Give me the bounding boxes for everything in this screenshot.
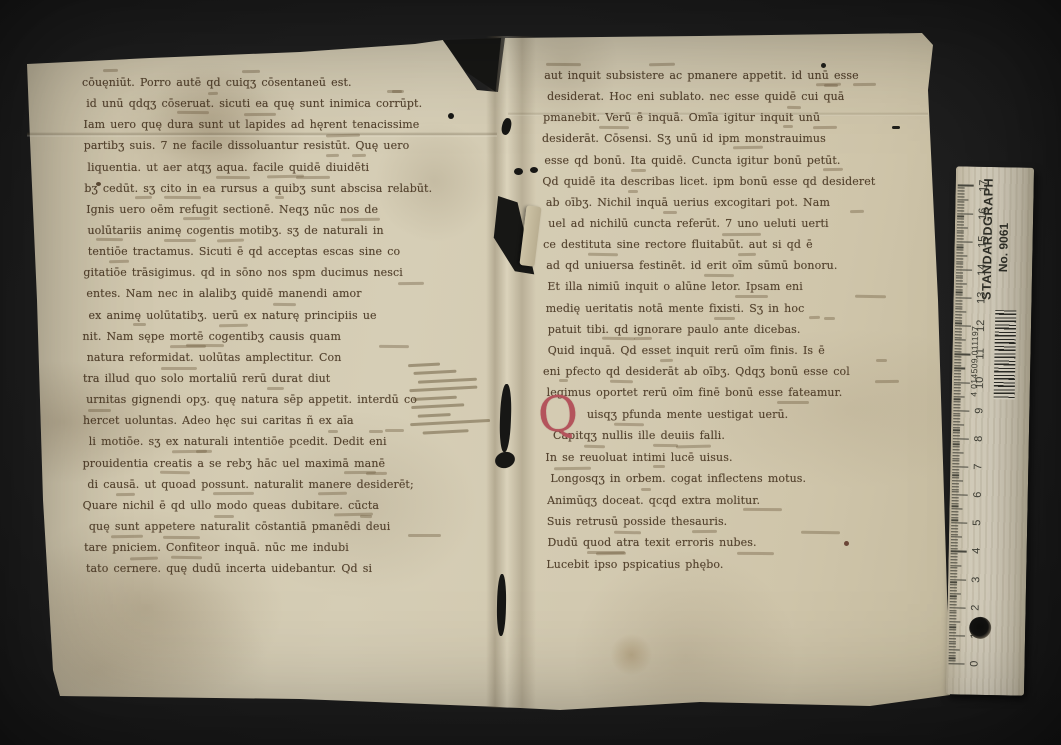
interlinear-gloss [103,69,118,73]
ruler-tick [957,202,964,203]
ruler-tick [956,292,963,293]
manuscript-text-line: hercet uoluntas. Adeo hęc sui caritas ñ … [83,414,465,435]
ruler-tick [949,658,956,659]
ruler-tick [952,477,959,478]
interlinear-gloss [714,316,735,319]
ruler-tick [954,370,961,371]
ruler-tick [953,404,960,405]
manuscript-text-line: Quare nichil ē qd ullo modo queas dubita… [83,499,465,520]
ruler-barcode [994,310,1017,399]
interlinear-gloss [326,154,339,157]
manuscript-text-line: ad qd uniuersa festinēt. id erit oīm sūm… [546,259,917,280]
marginal-gloss-line [409,386,477,393]
manuscript-text-line: pmanebit. Verū ē inquā. Omīa igitur inqu… [543,111,917,132]
marginal-gloss-line [410,419,490,426]
fold-hole-dot [514,168,523,175]
ruler-tick [958,188,965,189]
ruler-tick [950,607,966,608]
ruler-tick [952,503,959,504]
ruler-tick [951,548,958,549]
manuscript-text-line: ab oībʒ. Nichil inquā uerius excogitari … [546,196,917,217]
marginal-gloss-line [413,395,457,400]
marginal-gloss-line [408,362,440,367]
manuscript-text-line: aut inquit subsistere ac pmanere appetit… [544,69,917,90]
ruler-tick [949,652,956,653]
ruler-tick [953,407,960,408]
ruler-tick [957,199,968,200]
interlinear-gloss [408,534,441,537]
interlinear-gloss [217,238,244,242]
marginal-gloss-cluster [406,354,497,448]
manuscript-photo: cōuęniūt. Porro autē qd cuiqʒ cōsentaneū… [0,0,1061,745]
fold-hole-dot [530,167,538,173]
interlinear-gloss [631,169,646,172]
interlinear-gloss [722,233,761,236]
ruler-tick [953,416,960,417]
ruler-tick [954,379,961,380]
wormhole [821,63,826,68]
interlinear-gloss [170,344,206,348]
interlinear-gloss [273,303,296,307]
ruler-tick [949,629,956,630]
ruler-tick [950,573,957,574]
ruler-tick [950,565,961,566]
interlinear-gloss [366,472,387,475]
ruler-tick [950,601,957,602]
ruler-cm-number: 9 [971,401,987,419]
marginal-gloss-line [411,403,464,409]
ruler-tick [952,483,959,484]
ruler-tick [953,441,960,442]
ruler-tick [949,615,956,616]
ruler-tick [954,373,961,374]
ruler-tick [949,627,956,628]
ruler-tick [955,317,962,318]
ruler-tick [956,269,972,270]
manuscript-text-line: Et illa nimiū inquit o alūne letor. Ipsa… [547,280,917,301]
manuscript-text-line: legimus oportet rerū oīm finē bonū esse … [547,386,917,407]
ruler-tick [953,455,960,456]
ruler-tick [954,354,970,355]
ruler-tick [954,368,965,369]
marginal-gloss-line [413,370,456,375]
ruler-tick [949,660,956,661]
ruler-tick [950,610,957,611]
ruler-tick [955,340,966,341]
interlinear-gloss [546,63,581,66]
interlinear-gloss [559,379,568,382]
ruler-tick [956,258,963,259]
ruler-tick [953,438,969,439]
ruler-tick [955,311,966,312]
ruler-tick [956,266,963,267]
ruler-tick [950,568,957,569]
manuscript-text-line: quę sunt appetere naturalit cōstantiā pm… [89,520,465,541]
right-prose-column: aut inquit subsistere ac pmanere appetit… [545,69,917,407]
ruler-tick [949,624,956,625]
ruler-tick [951,539,958,540]
ruler-tick [957,224,964,225]
ruler-tick [952,500,959,501]
interlinear-gloss [588,253,618,257]
ruler-tick [952,472,959,473]
ruler-tick [955,320,962,321]
ruler-tick [949,635,965,636]
interlinear-gloss [653,465,665,468]
ruler-tick [957,207,964,208]
interlinear-gloss [369,430,383,433]
ruler-tick [952,497,959,498]
left-text-column: cōuęniūt. Porro autē qd cuiqʒ cōsentaneū… [85,76,465,583]
ruler-tick [955,328,962,329]
ruler-tick [956,286,963,287]
manuscript-text-line: Ignis uero oēm refugit sectionē. Neqʒ nū… [86,203,465,224]
interlinear-gloss [676,444,711,448]
manuscript-text-line: eni pfecto qd desiderāt ab oībʒ. Qdqʒ bo… [543,365,917,386]
manuscript-text-line: Longosqʒ in orbem. cogat inflectens motu… [550,472,887,493]
ruler-tick [953,444,960,445]
interlinear-gloss [653,444,678,448]
manuscript-text-line: tato cernere. quę dudū incerta uidebantu… [86,562,465,583]
interlinear-gloss [777,401,809,404]
ruler-tick [954,401,961,402]
interlinear-gloss [813,125,837,129]
interlinear-gloss [296,175,330,179]
manuscript-text-line: liquentia. ut aer atqʒ aqua. facile quid… [87,161,465,182]
ruler-tick [952,475,959,476]
ruler-cm-number: 7 [970,458,986,476]
interlinear-gloss [801,530,840,534]
interlinear-gloss [219,323,248,327]
interlinear-gloss [111,534,143,538]
interlinear-gloss [160,471,190,475]
ruler-tick [955,348,962,349]
ruler-tick [951,514,958,515]
manuscript-text-line: tentiōe tractamus. Sicuti ē qd acceptas … [88,245,465,266]
ruler-tick [950,587,957,588]
ruler-tick [957,241,973,242]
manuscript-text-line: uisqʒ pfunda mente uestigat uerū. [587,408,887,429]
manuscript-text-line: partibʒ suis. 7 ne facile dissoluantur r… [84,139,465,160]
ruler-tick [954,362,961,363]
ruler-tick [956,255,967,256]
interlinear-gloss [267,387,284,390]
ruler-cm-number: 5 [969,514,985,532]
ruler-tick-marks [956,166,1034,167]
interlinear-gloss [326,133,360,137]
ruler-tick [954,385,961,386]
ruler-tick [957,238,964,239]
ruler-tick [950,596,957,597]
interlinear-gloss [596,552,626,556]
interlinear-gloss [809,315,820,318]
interlinear-gloss [171,555,202,559]
ruler-tick [957,244,964,245]
ruler-tick [949,655,956,656]
ruler-tick [955,323,962,324]
ruler-tick [949,649,960,650]
ruler-tick [952,506,959,507]
ruler-tick [954,387,961,388]
ruler-tick [953,424,964,425]
ruler-tick [953,435,960,436]
manuscript-text-line: Lucebit ipso pspicatius phębo. [546,558,887,579]
ruler-tick [953,430,960,431]
ruler-tick [949,632,956,633]
interlinear-gloss [177,111,209,114]
manuscript-text-line: desiderāt. Cōsensi. Sʒ unū id ipm monstr… [542,132,917,153]
ruler-tick [958,190,965,191]
ruler-tick [954,359,961,360]
ruler-tick [950,582,957,583]
interlinear-gloss [628,190,638,193]
ruler-tick [954,390,961,391]
interlinear-gloss [824,317,835,320]
ruler-tick [952,489,959,490]
interlinear-gloss [161,366,197,369]
ruler-tick [951,517,958,518]
ruler-tick [949,641,956,642]
interlinear-gloss [649,63,675,67]
manuscript-text-line: esse qd bonū. Ita quidē. Cuncta igitur b… [544,154,917,175]
ruler-tick [951,511,958,512]
ruler-tick [951,531,958,532]
interlinear-gloss [398,282,424,285]
manuscript-text-line: di causā. ut quoad possunt. naturalit ma… [87,478,465,499]
ruler-tick [954,356,961,357]
ruler-tick [957,227,968,228]
right-poem-column: uisqʒ pfunda mente uestigat uerū.Capitqʒ… [547,408,887,579]
ruler-tick [957,233,964,234]
ruler-tick [950,599,957,600]
ruler-tick [953,418,960,419]
manuscript-text-line: prouidentia creatis a se rebʒ hāc uel ma… [83,457,465,478]
ruler-tick [951,553,958,554]
ruler-tick [949,646,956,647]
ruler-tick [956,295,963,296]
ruler-tick [954,396,965,397]
ruler-tick [956,275,963,276]
ruler-tick [955,345,962,346]
interlinear-gloss [641,488,651,491]
ruler-tick [953,432,960,433]
ruler-tick [950,579,966,580]
ruler-tick [952,458,959,459]
manuscript-text-line: Qd quidē ita describas licet. ipm bonū e… [542,175,917,196]
ruler-tick [953,421,960,422]
ruler-tick [951,528,958,529]
marginal-gloss-line [423,429,469,434]
ruler-model-label: No. 9061 [996,223,1013,273]
interlinear-gloss [328,430,338,433]
ruler-barcode-digits: 4 014509 011197 [969,326,984,397]
ruler-tick [957,230,964,231]
interlinear-gloss [850,210,864,213]
ruler-tick [952,492,959,493]
ruler-tick [957,196,964,197]
manuscript-text-line: Animūqʒ doceat. qcqd extra molitur. [547,494,887,515]
ruler-tick [951,551,967,552]
ruler-tick [956,278,963,279]
interlinear-gloss [692,529,717,532]
marginal-gloss-line [418,413,451,418]
interlinear-gloss [663,211,677,214]
interlinear-gloss [208,91,218,94]
ruler-tick [951,523,967,524]
interlinear-gloss [216,176,250,179]
ruler-tick [950,570,957,571]
ruler-tick [952,494,968,495]
interlinear-gloss [385,429,404,432]
ruler-tick [956,272,963,273]
ruler-brand-label: STANDARDGRAPH [980,178,998,300]
interlinear-gloss [96,238,123,241]
manuscript-text-line: bʒ cedūt. sʒ cito in ea rursus a quibʒ s… [84,182,465,203]
manuscript-text-line: ex animę uolūtatibʒ. uerū ex naturę prin… [89,309,466,330]
ruler-tick [955,314,962,315]
ruler-tick [954,382,970,383]
ruler-tick [953,410,969,411]
ruler-tick [950,562,957,563]
ruler-tick [953,446,960,447]
interlinear-gloss [599,125,629,129]
ruler-tick [954,393,961,394]
ruler-tick [953,452,964,453]
ruler-tick [952,461,959,462]
interlinear-gloss [787,105,801,108]
interlinear-gloss [116,493,135,497]
ruler-tick [954,365,961,366]
manuscript-text-line: uolūtariis animę cogentis motibʒ. sʒ de … [88,224,466,245]
ruler-tick [955,351,962,352]
ruler-tick [955,342,962,343]
ruler-tick [957,210,964,211]
interlinear-gloss [392,90,404,93]
ruler-tick [954,376,961,377]
ruler-tick [951,559,958,560]
manuscript-text-line: cōuęniūt. Porro autē qd cuiqʒ cōsentaneū… [82,76,465,97]
ruler-tick [951,525,958,526]
interlinear-gloss [634,337,652,340]
ruler-tick [951,545,958,546]
ruler-tick [949,638,956,639]
interlinear-gloss [743,508,782,511]
ruler-tick [955,303,962,304]
ruler-tick [956,261,963,262]
interlinear-gloss [823,168,843,172]
ruler-cm-number: 0 [966,655,982,673]
interlinear-gloss [614,530,641,534]
marginal-gloss-line [418,377,477,383]
ruler-tick [952,466,968,467]
ruler-tick [958,193,965,194]
ruler-tick [949,621,960,622]
ruler-tick [955,309,962,310]
ruler-tick [956,250,963,251]
interlinear-gloss [163,535,200,538]
ruler-tick [957,213,973,214]
interlinear-gloss [735,295,768,298]
interlinear-gloss [133,323,146,326]
ruler-cm-number: 2 [967,598,983,616]
ruler-tick [950,590,957,591]
ruler-tick [950,593,961,594]
ruler-tick [951,508,962,509]
interlinear-gloss [660,359,673,363]
ruler-tick [957,219,964,220]
ruler-tick [956,283,967,284]
ruler-hanging-hole [969,617,991,639]
ruler-tick [949,663,965,664]
ruler-tick [957,235,964,236]
interlinear-gloss [196,449,212,452]
manuscript-text-line: li motiōe. sʒ ex naturali intentiōe pced… [89,435,465,456]
ruler-tick [957,216,964,217]
ruler-tick [957,247,964,248]
ruler-tick [956,289,963,290]
interlinear-gloss [853,83,876,86]
ruler-tick [949,618,956,619]
interlinear-gloss [855,294,886,298]
interlinear-gloss [242,70,260,73]
ruler-tick [955,337,962,338]
interlinear-gloss [214,515,234,518]
ruler-tick [955,300,962,301]
ruler-tick [949,613,956,614]
manuscript-text-line: desiderat. Hoc eni sublato. nec esse qui… [547,90,917,111]
ruler-tick [957,205,964,206]
ruler-tick [951,520,958,521]
interlinear-gloss [554,466,591,470]
interlinear-gloss [88,409,111,412]
ruler-tick [955,334,962,335]
interlinear-gloss [783,125,793,128]
manuscript-text-line: In se reuoluat intimi lucē uisus. [545,451,887,472]
ruler-tick [954,399,961,400]
ruler-tick [951,556,958,557]
ruler-tick [951,537,962,538]
interlinear-gloss [379,345,409,349]
ruler-tick [952,469,959,470]
ruler-tick [956,252,963,253]
ruler-tick [952,486,959,487]
red-initial-letter: Q [536,391,579,440]
interlinear-gloss [213,491,254,495]
ruler-tick [953,427,960,428]
manuscript-text-line: Iam uero quę dura sunt ut lapides ad hęr… [84,118,466,139]
interlinear-gloss [183,217,210,221]
ruler: 01234567891011121314151617 STANDARDGRAPH… [946,166,1034,695]
ruler-tick [951,542,958,543]
ruler-cm-numbers: 01234567891011121314151617 [956,166,1034,167]
ruler-cm-number: 3 [968,570,984,588]
ruler-tick [951,534,958,535]
ruler-tick [950,576,957,577]
ruler-tick [956,297,972,298]
interlinear-gloss [244,112,276,115]
ruler-tick [955,306,962,307]
interlinear-gloss [164,196,201,200]
interlinear-gloss [875,379,899,383]
ruler-tick [958,185,974,186]
ruler-cm-number: 4 [969,542,985,560]
ruler-cm-number: 6 [970,486,986,504]
ruler-tick [957,221,964,222]
ruler-tick [952,463,959,464]
ruler-tick [949,644,956,645]
manuscript-text-line: Quid inquā. Qd esset inquit rerū oīm fin… [548,344,917,365]
ruler-tick [956,281,963,282]
